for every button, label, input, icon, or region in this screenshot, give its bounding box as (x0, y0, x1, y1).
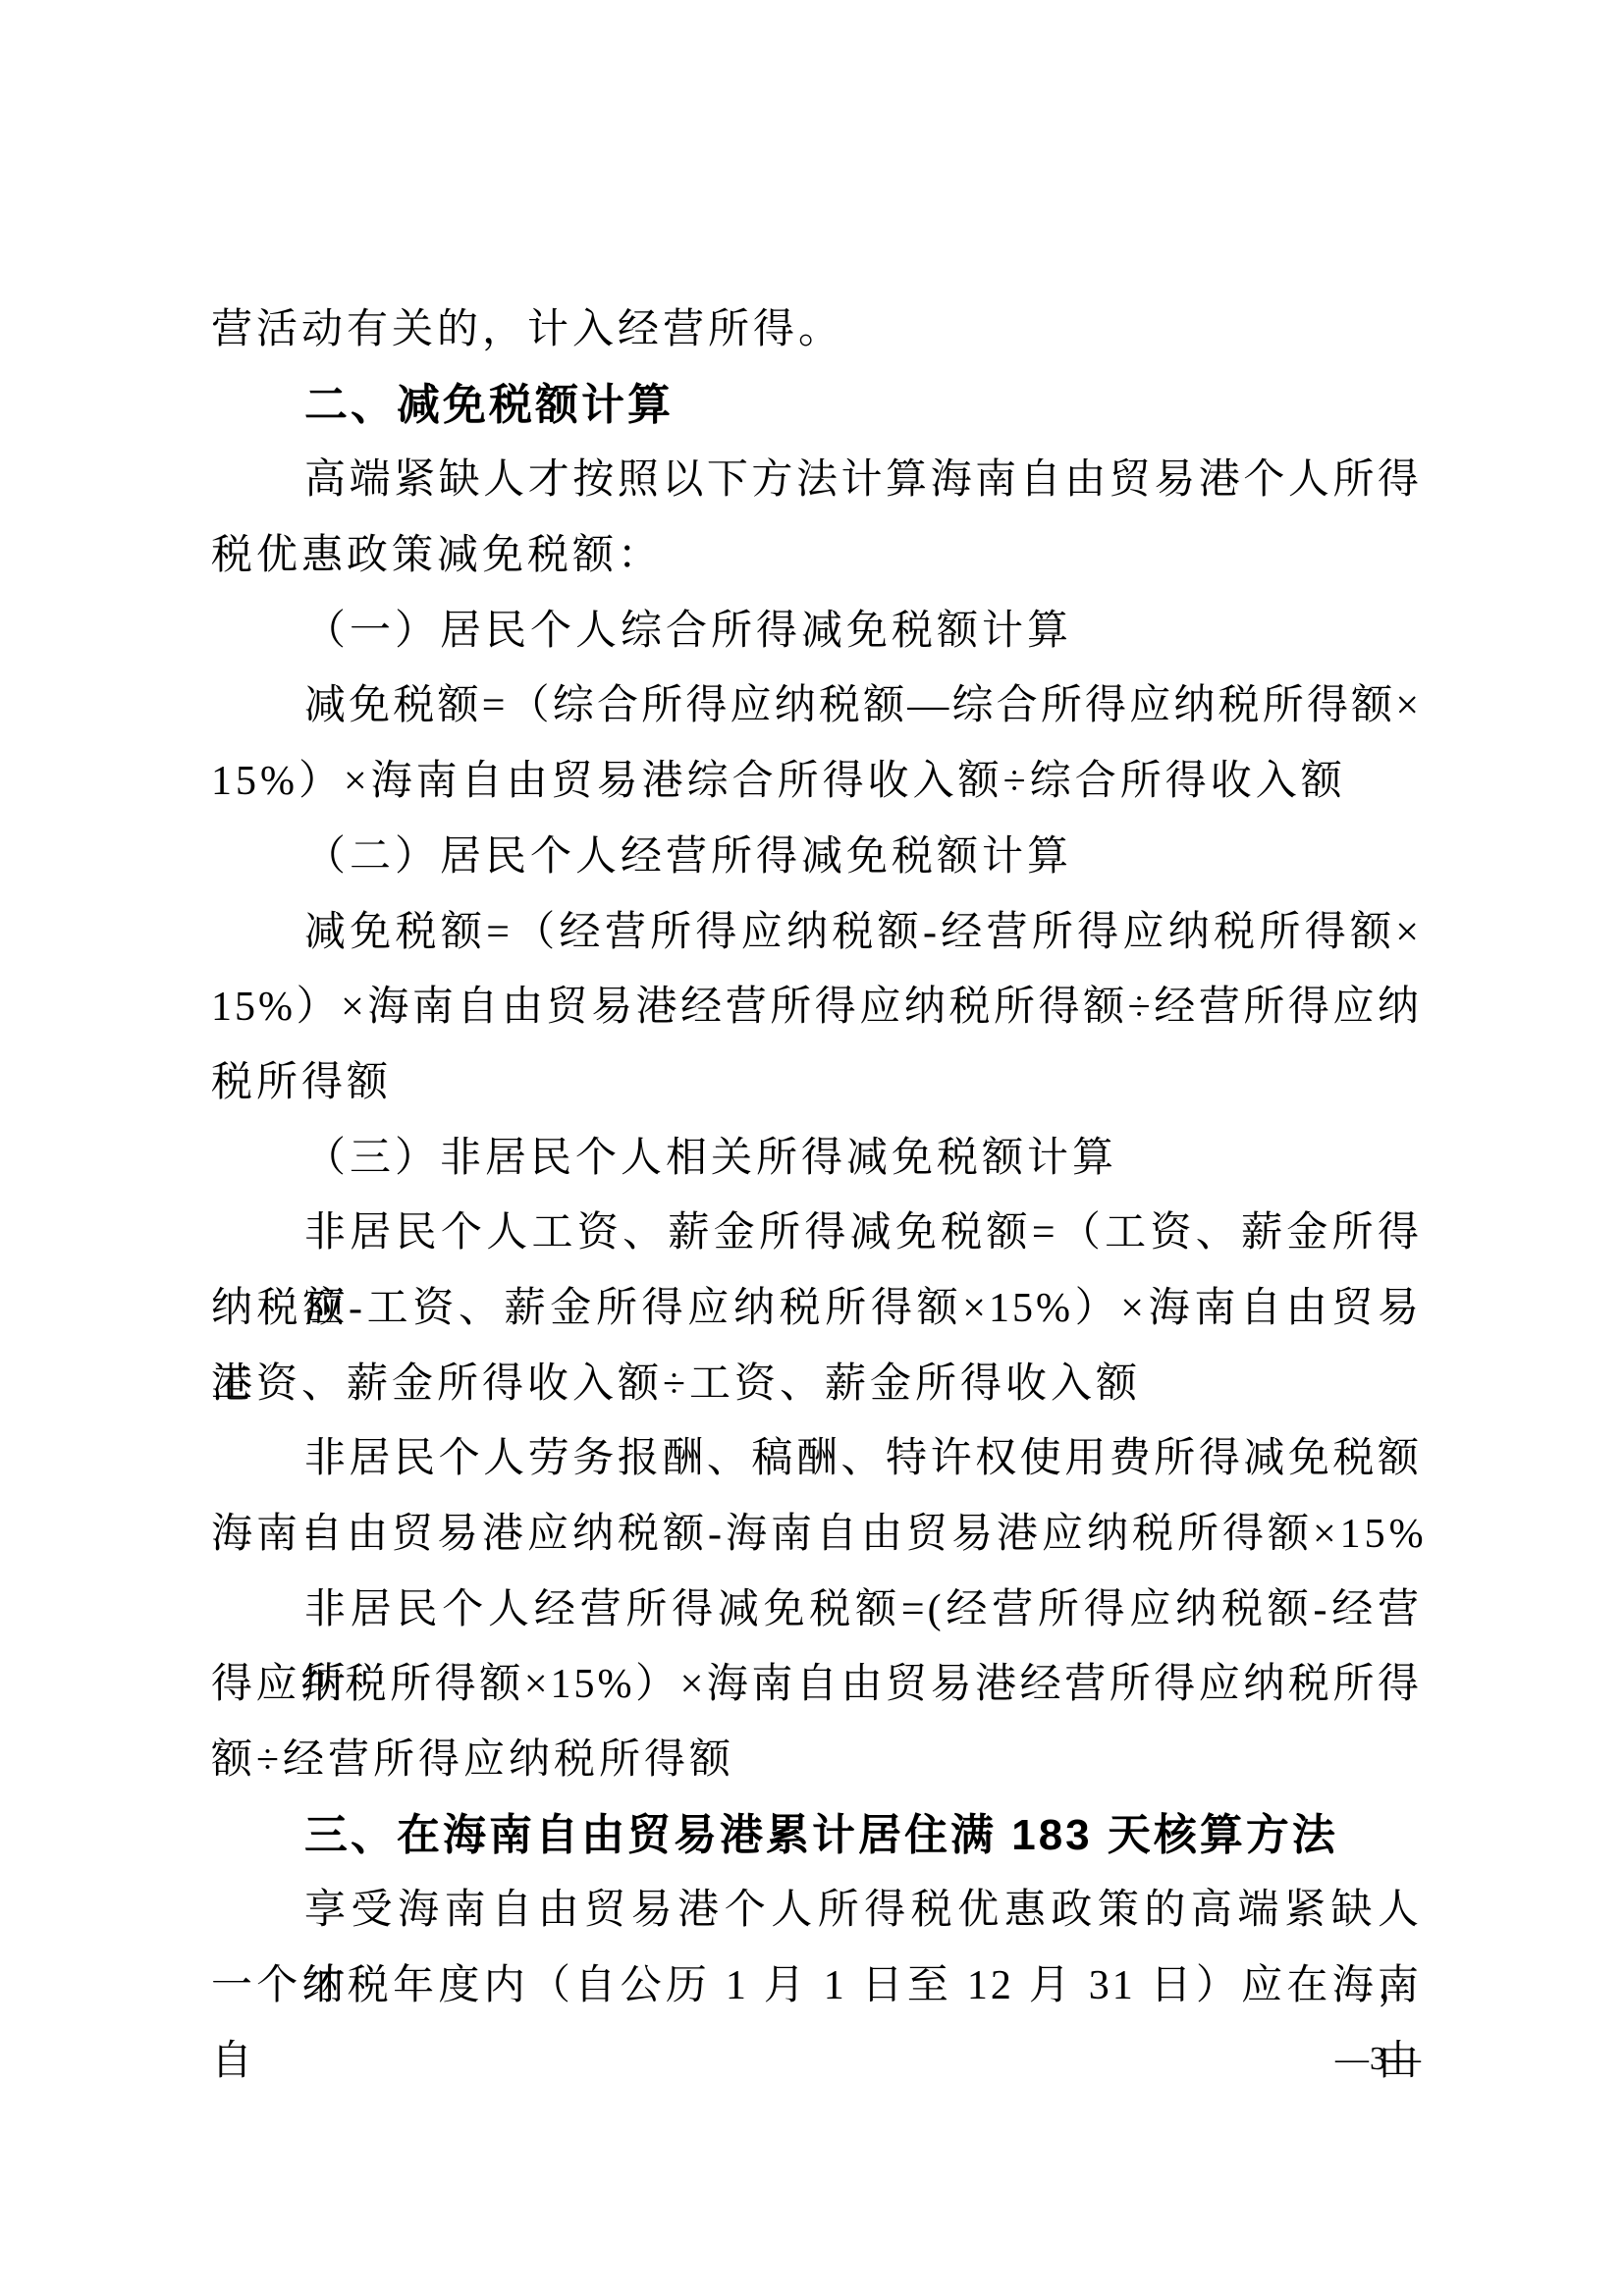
text-line: 海南自由贸易港应纳税额-海南自由贸易港应纳税所得额×15% (211, 1497, 1422, 1573)
text-line: （三）非居民个人相关所得减免税额计算 (211, 1121, 1422, 1197)
text-line: 税所得额 (211, 1045, 1422, 1121)
page-number: —3— (1335, 2040, 1422, 2079)
text-line: 非居民个人经营所得减免税额=(经营所得应纳税额-经营所 (211, 1573, 1422, 1648)
text-line: （一）居民个人综合所得减免税额计算 (211, 594, 1422, 669)
section-heading: 二、减免税额计算 (211, 368, 1422, 444)
document-body: 营活动有关的，计入经营所得。二、减免税额计算高端紧缺人才按照以下方法计算海南自由… (211, 293, 1422, 2024)
text-line: 营活动有关的，计入经营所得。 (211, 293, 1422, 368)
text-line: 额÷经营所得应纳税所得额 (211, 1723, 1422, 1798)
text-line: 15%）×海南自由贸易港经营所得应纳税所得额÷经营所得应纳 (211, 970, 1422, 1045)
text-line: 减免税额=（经营所得应纳税额-经营所得应纳税所得额× (211, 895, 1422, 971)
text-line: 减免税额=（综合所得应纳税额—综合所得应纳税所得额× (211, 668, 1422, 744)
text-line: 工资、薪金所得收入额÷工资、薪金所得收入额 (211, 1347, 1422, 1422)
page: 营活动有关的，计入经营所得。二、减免税额计算高端紧缺人才按照以下方法计算海南自由… (0, 0, 1624, 2296)
text-line: 得应纳税所得额×15%）×海南自由贸易港经营所得应纳税所得 (211, 1647, 1422, 1723)
text-line: 享受海南自由贸易港个人所得税优惠政策的高端紧缺人才， (211, 1873, 1422, 1949)
text-line: 15%）×海南自由贸易港综合所得收入额÷综合所得收入额 (211, 744, 1422, 820)
text-line: （二）居民个人经营所得减免税额计算 (211, 820, 1422, 895)
text-line: 一个纳税年度内（自公历 1 月 1 日至 12 月 31 日）应在海南自由 (211, 1949, 1422, 2024)
text-line: 高端紧缺人才按照以下方法计算海南自由贸易港个人所得 (211, 443, 1422, 518)
text-line: 税优惠政策减免税额： (211, 518, 1422, 594)
text-line: 纳税额-工资、薪金所得应纳税所得额×15%）×海南自由贸易港 (211, 1271, 1422, 1347)
text-line: 非居民个人工资、薪金所得减免税额=（工资、薪金所得应 (211, 1196, 1422, 1271)
section-heading: 三、在海南自由贸易港累计居住满 183 天核算方法 (211, 1798, 1422, 1874)
text-line: 非居民个人劳务报酬、稿酬、特许权使用费所得减免税额= (211, 1421, 1422, 1497)
